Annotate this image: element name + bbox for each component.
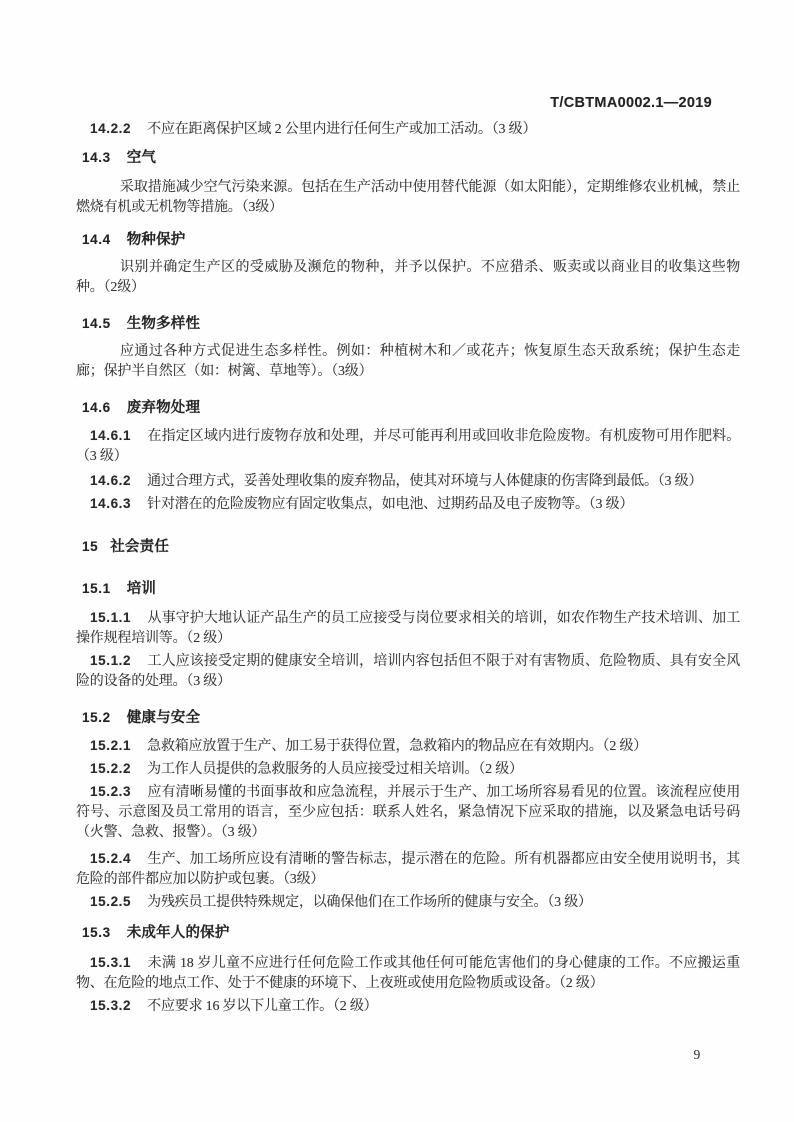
clause-14-6-1: 14.6.1在指定区域内进行废物存放和处理，并尽可能再利用或回收非危险废物。有机… <box>76 426 740 467</box>
section-number: 15.1 <box>82 581 111 596</box>
clause-text: 不应要求 16 岁以下儿童工作。（2 级） <box>147 999 377 1014</box>
clause-text: 不应在距离保护区域 2 公里内进行任何生产或加工活动。（3 级） <box>147 122 536 137</box>
clause-14-2-2: 14.2.2不应在距离保护区域 2 公里内进行任何生产或加工活动。（3 级） <box>76 119 740 140</box>
clause-number: 15.2.1 <box>90 738 131 753</box>
clause-number: 14.6.3 <box>90 496 131 511</box>
clause-text: 为工作人员提供的急救服务的人员应接受过相关培训。（2 级） <box>147 762 523 777</box>
clause-text: 针对潜在的危险废物应有固定收集点，如电池、过期药品及电子废物等。（3 级） <box>147 497 633 512</box>
chapter-heading-15: 15社会责任 <box>76 537 740 557</box>
clause-15-2-5: 15.2.5为残疾员工提供特殊规定，以确保他们在工作场所的健康与安全。（3 级） <box>76 892 740 913</box>
clause-number: 15.2.2 <box>90 761 131 776</box>
section-heading-15-3: 15.3未成年人的保护 <box>76 923 740 943</box>
clause-text: 为残疾员工提供特殊规定，以确保他们在工作场所的健康与安全。（3 级） <box>147 895 592 910</box>
clause-14-6-2: 14.6.2通过合理方式，妥善处理收集的废弃物品，使其对环境与人体健康的伤害降到… <box>76 471 740 492</box>
clause-text: 未满 18 岁儿童不应进行任何危险工作或其他任何可能危害他们的身心健康的工作。不… <box>76 956 740 991</box>
clause-15-2-4: 15.2.4生产、加工场所应设有清晰的警告标志，提示潜在的危险。所有机器都应由安… <box>76 849 740 890</box>
clause-15-3-2: 15.3.2不应要求 16 岁以下儿童工作。（2 级） <box>76 996 740 1017</box>
clause-number: 14.6.1 <box>90 428 131 443</box>
section-title: 健康与安全 <box>127 710 201 726</box>
section-number: 14.4 <box>82 232 111 247</box>
clause-number: 15.3.2 <box>90 998 131 1013</box>
section-number: 14.3 <box>82 150 111 165</box>
page-number: 9 <box>76 1045 700 1065</box>
section-heading-14-5: 14.5生物多样性 <box>76 314 740 334</box>
section-title: 空气 <box>127 150 156 166</box>
clause-15-3-1: 15.3.1未满 18 岁儿童不应进行任何危险工作或其他任何可能危害他们的身心健… <box>76 953 740 994</box>
document-page: T/CBTMA0002.1—2019 14.2.2不应在距离保护区域 2 公里内… <box>0 0 794 1122</box>
clause-text: 在指定区域内进行废物存放和处理，并尽可能再利用或回收非危险废物。有机废物可用作肥… <box>76 429 740 464</box>
chapter-title: 社会责任 <box>110 539 169 555</box>
clause-number: 15.2.4 <box>90 851 131 866</box>
clause-15-2-2: 15.2.2为工作人员提供的急救服务的人员应接受过相关培训。（2 级） <box>76 759 740 780</box>
clause-number: 15.1.2 <box>90 653 131 668</box>
clause-text: 通过合理方式，妥善处理收集的废弃物品，使其对环境与人体健康的伤害降到最低。（3 … <box>147 474 702 489</box>
clause-number: 14.6.2 <box>90 473 131 488</box>
doc-code-header: T/CBTMA0002.1—2019 <box>76 93 712 113</box>
section-heading-14-3: 14.3空气 <box>76 148 740 168</box>
section-number: 14.5 <box>82 316 111 331</box>
section-heading-15-2: 15.2健康与安全 <box>76 708 740 728</box>
section-heading-14-6: 14.6废弃物处理 <box>76 398 740 418</box>
paragraph-biodiversity: 应通过各种方式促进生态多样性。例如：种植树木和／或花卉；恢复原生态天敌系统；保护… <box>76 342 740 382</box>
section-title: 生物多样性 <box>127 316 201 332</box>
section-title: 培训 <box>127 581 156 597</box>
clause-number: 15.1.1 <box>90 610 131 625</box>
clause-text: 急救箱应放置于生产、加工易于获得位置，急救箱内的物品应在有效期内。（2 级） <box>147 739 647 754</box>
clause-number: 15.2.5 <box>90 894 131 909</box>
clause-number: 15.3.1 <box>90 955 131 970</box>
clause-15-1-1: 15.1.1从事守护大地认证产品生产的员工应接受与岗位要求相关的培训，如农作物生… <box>76 608 740 649</box>
chapter-number: 15 <box>82 539 98 554</box>
clause-text: 生产、加工场所应设有清晰的警告标志，提示潜在的危险。所有机器都应由安全使用说明书… <box>76 852 740 887</box>
section-number: 15.3 <box>82 925 111 940</box>
clause-15-2-1: 15.2.1急救箱应放置于生产、加工易于获得位置，急救箱内的物品应在有效期内。（… <box>76 736 740 757</box>
section-title: 废弃物处理 <box>127 400 201 416</box>
clause-text: 工人应该接受定期的健康安全培训，培训内容包括但不限于对有害物质、危险物质、具有安… <box>76 654 740 689</box>
paragraph-species: 识别并确定生产区的受威胁及濒危的物种，并予以保护。不应猎杀、贩卖或以商业目的收集… <box>76 258 740 298</box>
section-title: 物种保护 <box>127 232 186 248</box>
clause-text: 应有清晰易懂的书面事故和应急流程，并展示于生产、加工场所容易看见的位置。该流程应… <box>76 785 740 840</box>
paragraph-air: 采取措施减少空气污染来源。包括在生产活动中使用替代能源（如太阳能），定期维修农业… <box>76 178 740 218</box>
clause-15-1-2: 15.1.2工人应该接受定期的健康安全培训，培训内容包括但不限于对有害物质、危险… <box>76 651 740 692</box>
section-heading-14-4: 14.4物种保护 <box>76 230 740 250</box>
clause-number: 14.2.2 <box>90 121 131 136</box>
section-number: 15.2 <box>82 710 111 725</box>
clause-text: 从事守护大地认证产品生产的员工应接受与岗位要求相关的培训，如农作物生产技术培训、… <box>76 611 740 646</box>
clause-14-6-3: 14.6.3针对潜在的危险废物应有固定收集点，如电池、过期药品及电子废物等。（3… <box>76 494 740 515</box>
clause-15-2-3: 15.2.3应有清晰易懂的书面事故和应急流程，并展示于生产、加工场所容易看见的位… <box>76 782 740 843</box>
section-title: 未成年人的保护 <box>127 925 230 941</box>
clause-number: 15.2.3 <box>90 784 131 799</box>
section-number: 14.6 <box>82 400 111 415</box>
section-heading-15-1: 15.1培训 <box>76 579 740 599</box>
